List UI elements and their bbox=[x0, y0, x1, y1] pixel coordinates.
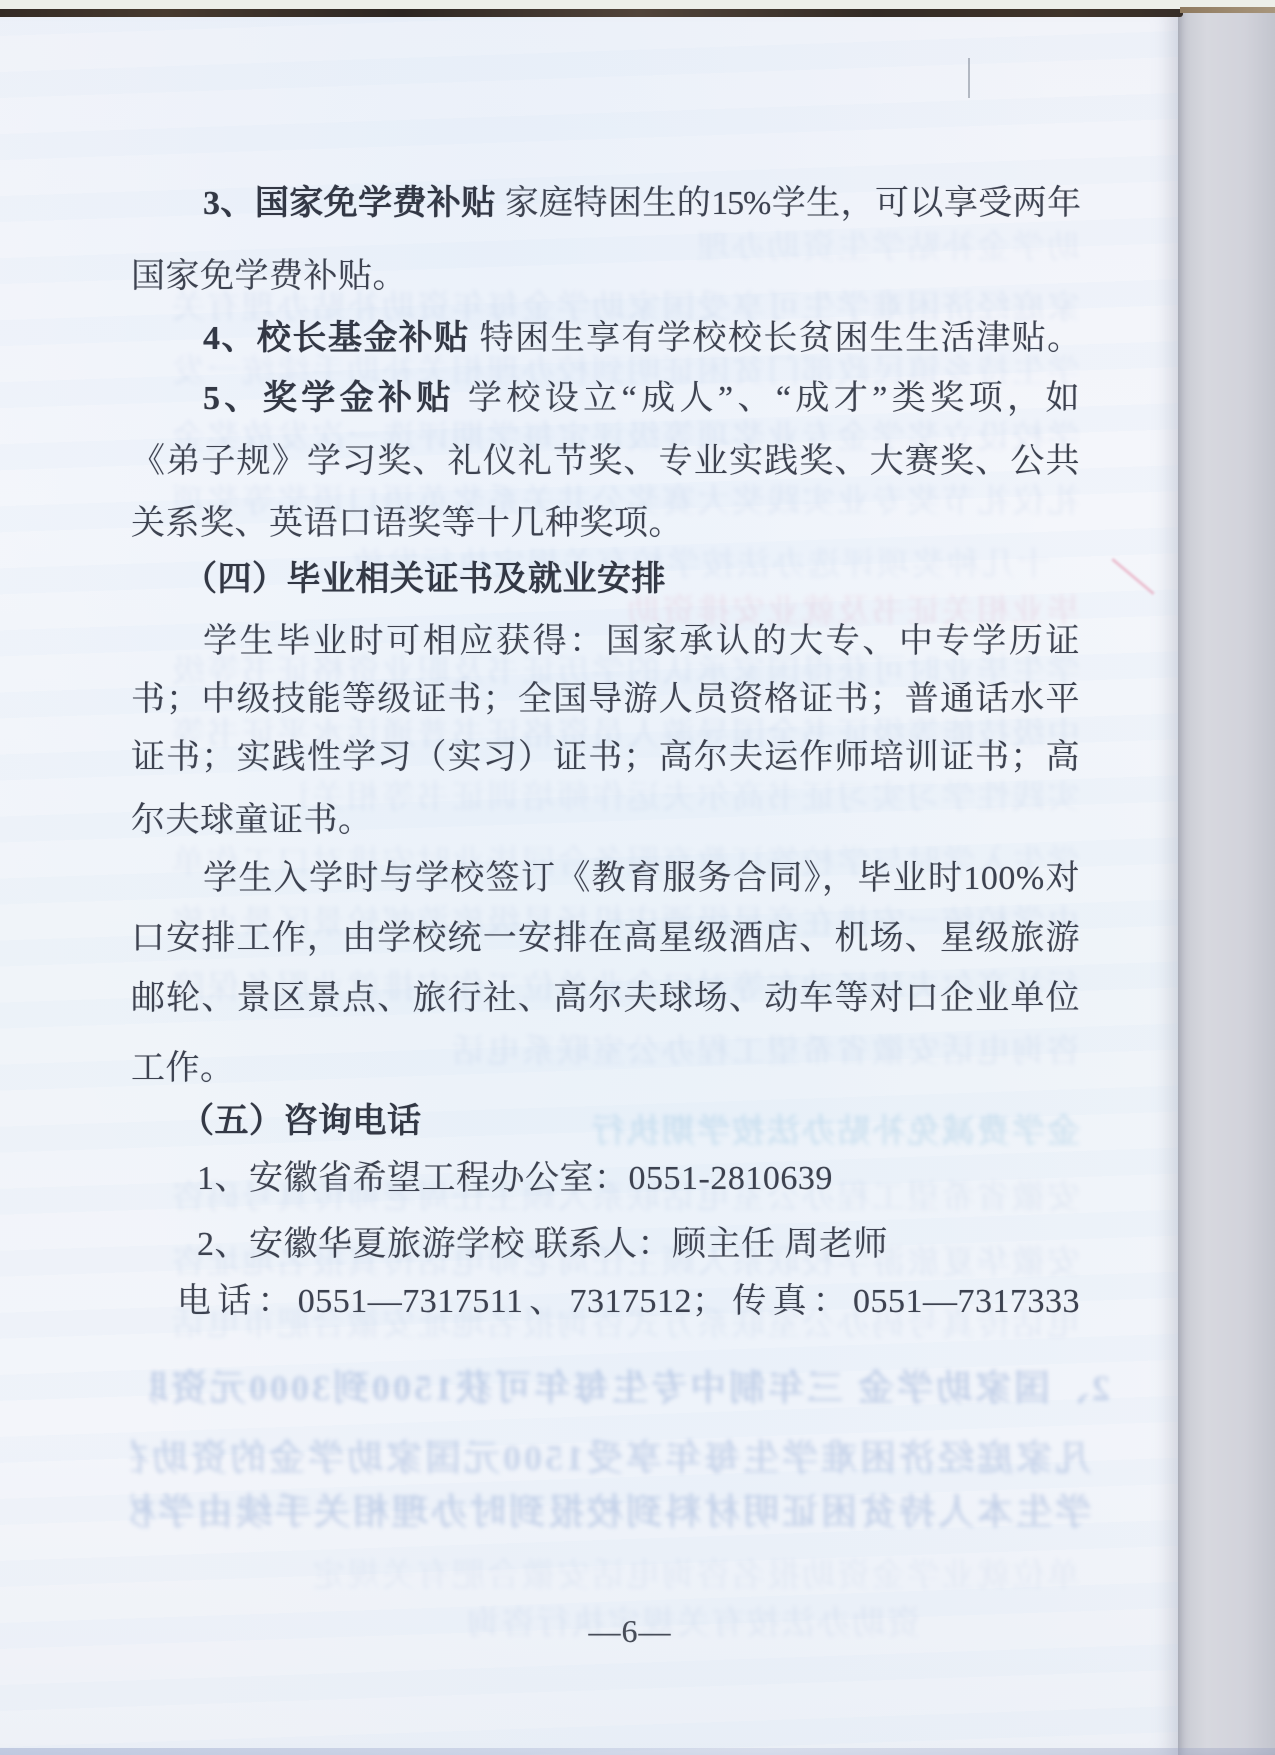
text-line: 关系奖、英语口语奖等十几种奖项。 bbox=[131, 503, 1080, 545]
line-text: 2、安徽华夏旅游学校 联系人：顾主任 周老师 bbox=[197, 1226, 888, 1263]
heading-text: （四）毕业相关证书及就业安排 bbox=[183, 561, 666, 598]
text-line: 学生入学时与学校签订《教育服务合同》，毕业时100%对 bbox=[131, 858, 1080, 900]
text-line: 2、安徽华夏旅游学校 联系人：顾主任 周老师 bbox=[131, 1224, 1080, 1266]
text-line: 电话：0551—7317511、7317512；传真：0551—7317333 bbox=[131, 1281, 1080, 1323]
scan-background-strip bbox=[1178, 0, 1275, 1755]
text-line: 国家免学费补贴。 bbox=[131, 256, 1080, 298]
line-text: 家庭特困生的15%学生，可以享受两年 bbox=[496, 185, 1080, 222]
line-text: 书；中级技能等级证书；全国导游人员资格证书；普通话水平 bbox=[131, 681, 1080, 718]
text-line: 书；中级技能等级证书；全国导游人员资格证书；普通话水平 bbox=[131, 679, 1080, 721]
text-line: 1、安徽省希望工程办公室：0551-2810639 bbox=[131, 1158, 1080, 1200]
line-text: 电话：0551—7317511、7317512；传真：0551—7317333 bbox=[177, 1283, 1080, 1320]
line-text: 工作。 bbox=[131, 1050, 235, 1087]
section-heading: （四）毕业相关证书及就业安排 bbox=[131, 559, 1080, 601]
scan-top-border-strip bbox=[1180, 7, 1275, 13]
scanned-document: 助学金补贴学生资助办理 家庭经济困难学生可享受国家助学金每年资助补贴办理有关 学… bbox=[0, 0, 1275, 1755]
text-line: 尔夫球童证书。 bbox=[131, 800, 1080, 842]
line-text: 学生毕业时可相应获得：国家承认的大专、中专学历证 bbox=[203, 623, 1080, 660]
text-line: 3、国家免学费补贴 家庭特困生的15%学生，可以享受两年 bbox=[131, 183, 1080, 225]
text-line: 邮轮、景区景点、旅行社、高尔夫球场、动车等对口企业单位 bbox=[131, 978, 1080, 1020]
line-text: 证书；实践性学习（实习）证书；高尔夫运作师培训证书；高 bbox=[131, 739, 1080, 776]
line-text: 学校设立“成人”、“成才”类奖项，如 bbox=[455, 380, 1080, 417]
scan-bottom-border bbox=[0, 1748, 1275, 1755]
text-line: 证书；实践性学习（实习）证书；高尔夫运作师培训证书；高 bbox=[131, 737, 1080, 779]
line-text: 1、安徽省希望工程办公室：0551-2810639 bbox=[197, 1160, 833, 1197]
text-line: 学生毕业时可相应获得：国家承认的大专、中专学历证 bbox=[131, 621, 1080, 663]
line-text: 特困生享有学校校长贫困生生活津贴。 bbox=[470, 320, 1080, 357]
bold-label: 4、校长基金补贴 bbox=[203, 320, 470, 357]
scan-artifact-vertical-mark bbox=[968, 58, 970, 98]
line-text: 国家免学费补贴。 bbox=[131, 258, 407, 295]
text-line: 4、校长基金补贴 特困生享有学校校长贫困生生活津贴。 bbox=[131, 318, 1080, 360]
text-line: 5、奖学金补贴 学校设立“成人”、“成才”类奖项，如 bbox=[131, 378, 1080, 420]
bold-label: 3、国家免学费补贴 bbox=[203, 185, 496, 222]
line-text: 尔夫球童证书。 bbox=[131, 802, 373, 839]
scan-top-border bbox=[0, 9, 1183, 17]
section-heading: （五）咨询电话 bbox=[131, 1101, 1080, 1143]
text-line: 《弟子规》学习奖、礼仪礼节奖、专业实践奖、大赛奖、公共 bbox=[131, 441, 1080, 483]
text-line: 口安排工作，由学校统一安排在高星级酒店、机场、星级旅游 bbox=[131, 918, 1080, 960]
page-number: —6— bbox=[41, 1613, 1219, 1650]
line-text: 邮轮、景区景点、旅行社、高尔夫球场、动车等对口企业单位 bbox=[131, 980, 1080, 1017]
line-text: 口安排工作，由学校统一安排在高星级酒店、机场、星级旅游 bbox=[131, 920, 1080, 957]
heading-text: （五）咨询电话 bbox=[180, 1103, 422, 1140]
bold-label: 5、奖学金补贴 bbox=[203, 380, 455, 417]
line-text: 关系奖、英语口语奖等十几种奖项。 bbox=[131, 505, 683, 542]
text-line: 工作。 bbox=[131, 1048, 1080, 1090]
line-text: 学生入学时与学校签订《教育服务合同》，毕业时100%对 bbox=[203, 860, 1080, 897]
line-text: 《弟子规》学习奖、礼仪礼节奖、专业实践奖、大赛奖、公共 bbox=[131, 443, 1080, 480]
